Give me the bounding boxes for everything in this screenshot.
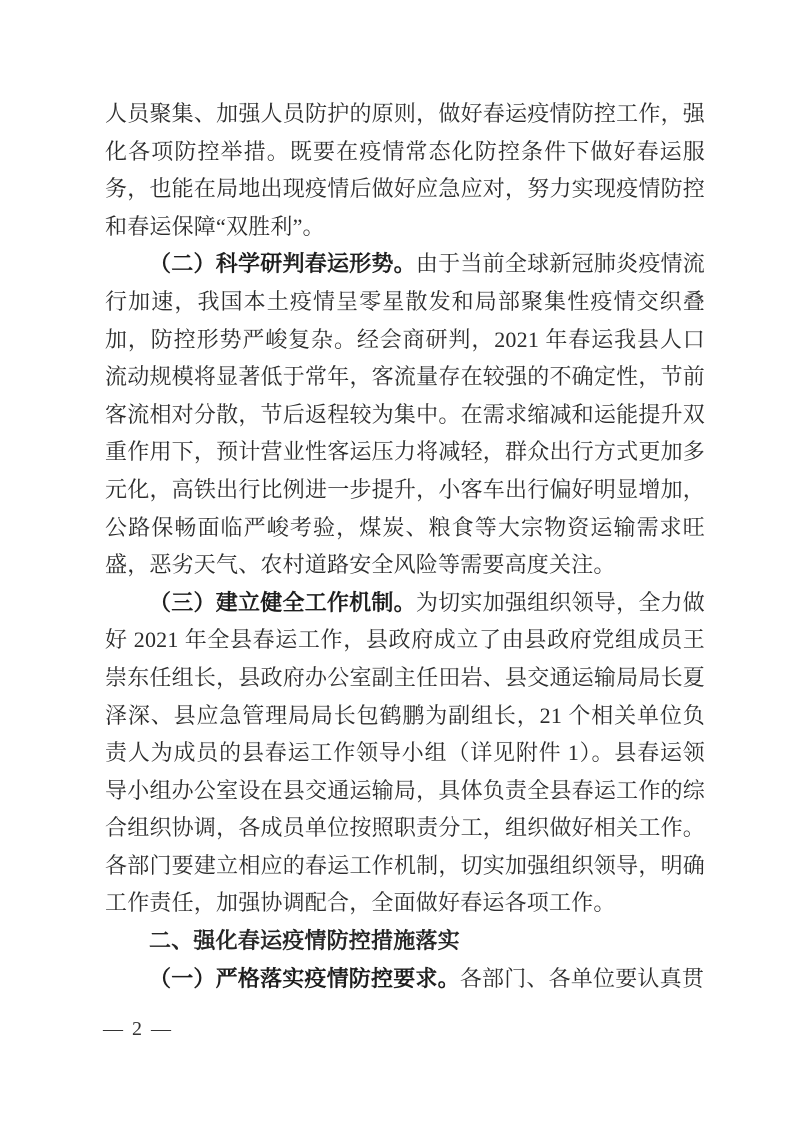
page-number: — 2 — [103,1018,173,1041]
paragraph-section-1-2: （二）科学研判春运形势。由于当前全球新冠肺炎疫情流行加速，我国本土疫情呈零星散发… [105,245,705,583]
paragraph-text: 人员聚集、加强人员防护的原则，做好春运疫情防控工作，强化各项防控举措。既要在疫情… [105,101,705,239]
section-heading-2: 二、强化春运疫情防控措施落实 [105,922,705,960]
paragraph-section-1-3: （三）建立健全工作机制。为切实加强组织领导，全力做好 2021 年全县春运工作，… [105,584,705,922]
paragraph-section-2-1: （一）严格落实疫情防控要求。各部门、各单位要认真贯 [105,960,705,998]
paragraph-lead: （三）建立健全工作机制。 [149,590,416,615]
paragraph-lead: （二）科学研判春运形势。 [149,251,416,276]
paragraph-text: 为切实加强组织领导，全力做好 2021 年全县春运工作，县政府成立了由县政府党组… [105,590,705,916]
paragraph-text: 由于当前全球新冠肺炎疫情流行加速，我国本土疫情呈零星散发和局部聚集性疫情交织叠加… [105,251,705,577]
document-page: 人员聚集、加强人员防护的原则，做好春运疫情防控工作，强化各项防控举措。既要在疫情… [0,0,800,1130]
document-body: 人员聚集、加强人员防护的原则，做好春运疫情防控工作，强化各项防控举措。既要在疫情… [105,95,705,997]
paragraph-lead: （一）严格落实疫情防控要求。 [149,966,460,991]
paragraph-continuation: 人员聚集、加强人员防护的原则，做好春运疫情防控工作，强化各项防控举措。既要在疫情… [105,95,705,245]
paragraph-text: 各部门、各单位要认真贯 [460,966,704,991]
